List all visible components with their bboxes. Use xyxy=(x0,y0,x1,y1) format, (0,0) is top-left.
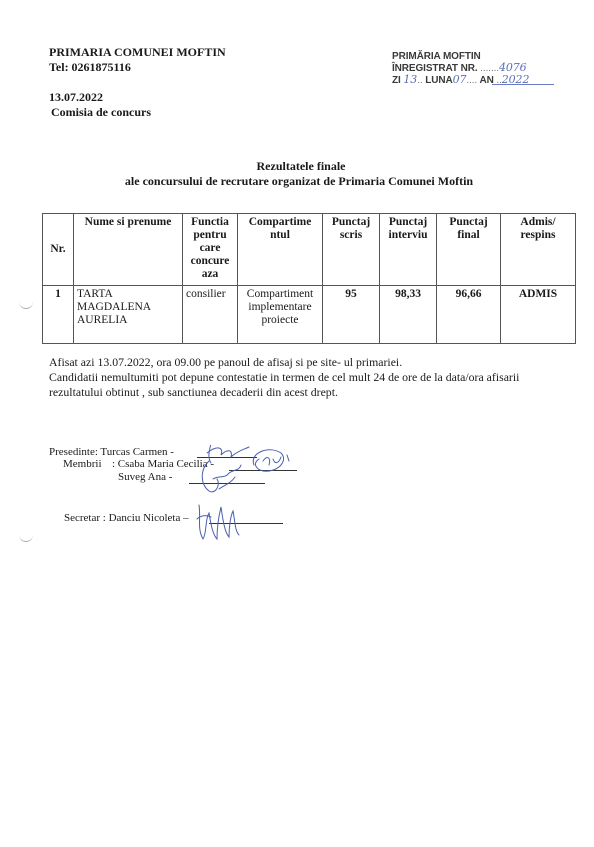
stamp-zi-value: 13 xyxy=(403,73,417,86)
member-2-signature-line xyxy=(189,483,265,484)
table-row: 1 TARTA MAGDALENA AURELIA consilier Comp… xyxy=(43,286,576,344)
results-table: Nr. Nume si prenume Functia pentru care … xyxy=(42,213,576,344)
header-functia: Functia pentru care concure aza xyxy=(183,214,238,286)
cell-nume: TARTA MAGDALENA AURELIA xyxy=(74,286,183,344)
institution-phone: Tel: 0261875116 xyxy=(49,60,226,75)
members-label: Membrii xyxy=(63,457,102,471)
stamp-luna-value: 07 xyxy=(453,73,467,86)
committee-signatures: Presedinte: Turcas Carmen - Membrii : Cs… xyxy=(49,445,349,555)
header-nume: Nume si prenume xyxy=(74,214,183,286)
header-punctaj-scris: Punctaj scris xyxy=(323,214,380,286)
cell-rezultat: ADMIS xyxy=(501,286,576,344)
notice-line-2: Candidatii nemultumiti pot depune contes… xyxy=(49,370,569,385)
document-date: 13.07.2022 xyxy=(49,90,226,105)
institution-name: PRIMARIA COMUNEI MOFTIN xyxy=(49,45,226,60)
posting-notice: Afisat azi 13.07.2022, ora 09.00 pe pano… xyxy=(49,355,569,400)
cell-functia: consilier xyxy=(183,286,238,344)
header-compartiment: Compartime ntul xyxy=(238,214,323,286)
stamp-luna-label: LUNA xyxy=(425,75,452,86)
notice-line-1: Afisat azi 13.07.2022, ora 09.00 pe pano… xyxy=(49,355,569,370)
document-title: Rezultatele finale ale concursului de re… xyxy=(0,159,594,189)
member-1-line: : Csaba Maria Cecilia - xyxy=(112,457,214,471)
secretary-signature-line xyxy=(209,523,283,524)
registration-stamp: PRIMĂRIA MOFTIN ÎNREGISTRAT NR. .......4… xyxy=(392,51,529,86)
document-header: PRIMARIA COMUNEI MOFTIN Tel: 0261875116 … xyxy=(49,45,226,120)
member-2-line: Suveg Ana - xyxy=(118,470,172,484)
table-header-row: Nr. Nume si prenume Functia pentru care … xyxy=(43,214,576,286)
header-admis-respins: Admis/ respins xyxy=(501,214,576,286)
hole-punch-mark xyxy=(19,300,33,309)
title-line-2: ale concursului de recrutare organizat d… xyxy=(0,174,594,189)
notice-line-3: rezultatului obtinut , sub sanctiunea de… xyxy=(49,385,569,400)
title-line-1: Rezultatele finale xyxy=(0,159,594,174)
cell-punctaj-scris: 95 xyxy=(323,286,380,344)
cell-compartiment: Compartiment implementare proiecte xyxy=(238,286,323,344)
cell-punctaj-interviu: 98,33 xyxy=(380,286,437,344)
cell-nr: 1 xyxy=(43,286,74,344)
member-1-signature-line xyxy=(229,470,297,471)
secretary-line: Secretar : Danciu Nicoleta – xyxy=(64,511,189,525)
committee-label: Comisia de concurs xyxy=(49,105,226,120)
stamp-underline xyxy=(492,84,554,85)
header-punctaj-final: Punctaj final xyxy=(437,214,501,286)
cell-punctaj-final: 96,66 xyxy=(437,286,501,344)
header-nr: Nr. xyxy=(43,214,74,286)
stamp-zi-label: ZI xyxy=(392,75,401,86)
header-punctaj-interviu: Punctaj interviu xyxy=(380,214,437,286)
hole-punch-mark xyxy=(19,533,33,542)
